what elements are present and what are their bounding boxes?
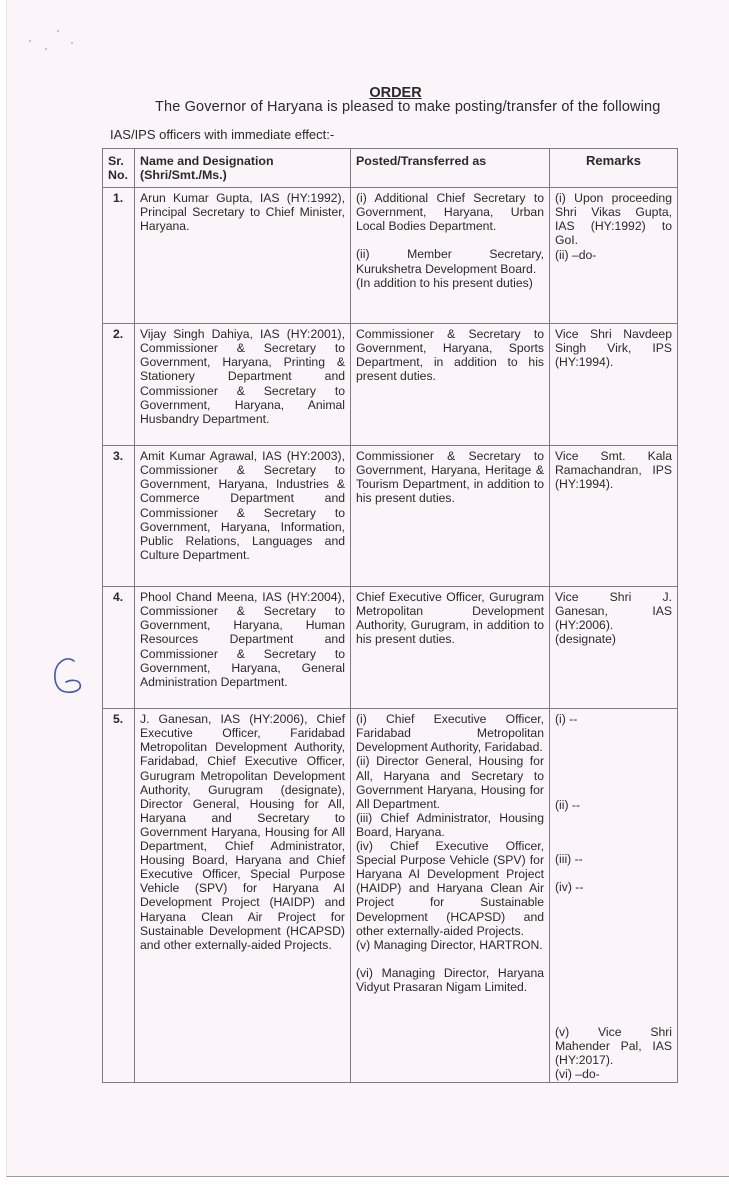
header-posted-as: Posted/Transferred as: [351, 149, 550, 188]
posting-item: (i) Chief Executive Officer, Faridabad M…: [356, 712, 544, 754]
header-remarks: Remarks: [550, 149, 678, 188]
scan-speck: [45, 48, 47, 50]
cell-remarks: Vice Shri J. Ganesan, IAS (HY:2006). (de…: [550, 587, 678, 709]
cell-name-designation: Amit Kumar Agrawal, IAS (HY:2003), Commi…: [135, 446, 351, 587]
table-row: 4.Phool Chand Meena, IAS (HY:2004), Comm…: [103, 587, 678, 709]
remark-item: (vi) –do-: [555, 1067, 672, 1081]
remark-item: (iv) --: [555, 880, 672, 894]
remark-item: (v) Vice Shri Mahender Pal, IAS (HY:2017…: [555, 1025, 672, 1067]
cell-posted-as: Commissioner & Secretary to Government, …: [351, 324, 550, 446]
table-row: 3.Amit Kumar Agrawal, IAS (HY:2003), Com…: [103, 446, 678, 587]
posting-item: (ii) Member Secretary, Kurukshetra Devel…: [356, 247, 544, 275]
intro-line-1: The Governor of Haryana is pleased to ma…: [155, 99, 660, 115]
cell-posted-as: (i) Additional Chief Secretary to Govern…: [351, 188, 550, 324]
posting-item: [356, 952, 544, 966]
table-row: 1.Arun Kumar Gupta, IAS (HY:1992), Princ…: [103, 188, 678, 324]
intro-line-2: IAS/IPS officers with immediate effect:-: [110, 127, 334, 142]
header-sr-no: Sr. No.: [103, 149, 135, 188]
cell-posted-as: Chief Executive Officer, Gurugram Metrop…: [351, 587, 550, 709]
scan-speck: [57, 30, 59, 32]
cell-name-designation: Vijay Singh Dahiya, IAS (HY:2001), Commi…: [135, 324, 351, 446]
cell-name-designation: Arun Kumar Gupta, IAS (HY:1992), Princip…: [135, 188, 351, 324]
posting-item: (v) Managing Director, HARTRON.: [356, 938, 544, 952]
posting-item: Chief Executive Officer, Gurugram Metrop…: [356, 590, 544, 646]
cell-name-designation: J. Ganesan, IAS (HY:2006), Chief Executi…: [135, 709, 351, 1083]
posting-item: (iv) Chief Executive Officer, Special Pu…: [356, 839, 544, 938]
cell-posted-as: Commissioner & Secretary to Government, …: [351, 446, 550, 587]
posting-item: Commissioner & Secretary to Government, …: [356, 449, 544, 505]
remark-item: (ii) –do-: [555, 248, 672, 262]
remark-item: (i) --: [555, 712, 672, 726]
scan-speck: [71, 42, 73, 44]
posting-item: (iii) Chief Administrator, Housing Board…: [356, 811, 544, 839]
posting-item: (ii) Director General, Housing for All, …: [356, 754, 544, 810]
cell-remarks: Vice Shri Navdeep Singh Virk, IPS (HY:19…: [550, 324, 678, 446]
table-header-row: Sr. No. Name and Designation (Shri/Smt./…: [103, 149, 678, 188]
remark-item: Vice Shri Navdeep Singh Virk, IPS (HY:19…: [555, 327, 672, 369]
posting-item: Commissioner & Secretary to Government, …: [356, 327, 544, 383]
remark-item: Vice Shri J. Ganesan, IAS (HY:2006). (de…: [555, 590, 672, 646]
posting-item: [356, 233, 544, 247]
remark-item: Vice Smt. Kala Ramachandran, IPS (HY:199…: [555, 449, 672, 491]
header-name-designation: Name and Designation (Shri/Smt./Ms.): [135, 149, 351, 188]
cell-sr-no: 2.: [103, 324, 135, 446]
posting-item: (vi) Managing Director, Haryana Vidyut P…: [356, 966, 544, 994]
cell-sr-no: 3.: [103, 446, 135, 587]
cell-posted-as: (i) Chief Executive Officer, Faridabad M…: [351, 709, 550, 1083]
posting-item: (In addition to his present duties): [356, 276, 544, 290]
handwritten-page-mark-icon: [52, 655, 86, 697]
cell-name-designation: Phool Chand Meena, IAS (HY:2004), Commis…: [135, 587, 351, 709]
cell-sr-no: 4.: [103, 587, 135, 709]
cell-remarks: (i) --(ii) --(iii) --(iv) --(v) Vice Shr…: [550, 709, 678, 1083]
scan-speck: [29, 40, 31, 42]
remark-item: (i) Upon proceeding Shri Vikas Gupta, IA…: [555, 191, 672, 247]
cell-sr-no: 5.: [103, 709, 135, 1083]
cell-remarks: Vice Smt. Kala Ramachandran, IPS (HY:199…: [550, 446, 678, 587]
cell-remarks: (i) Upon proceeding Shri Vikas Gupta, IA…: [550, 188, 678, 324]
remark-item: (iii) --: [555, 852, 672, 866]
cell-sr-no: 1.: [103, 188, 135, 324]
postings-table: Sr. No. Name and Designation (Shri/Smt./…: [102, 148, 678, 1083]
table-row: 2.Vijay Singh Dahiya, IAS (HY:2001), Com…: [103, 324, 678, 446]
posting-item: (i) Additional Chief Secretary to Govern…: [356, 191, 544, 233]
table-row: 5.J. Ganesan, IAS (HY:2006), Chief Execu…: [103, 709, 678, 1083]
remark-item: (ii) --: [555, 798, 672, 812]
